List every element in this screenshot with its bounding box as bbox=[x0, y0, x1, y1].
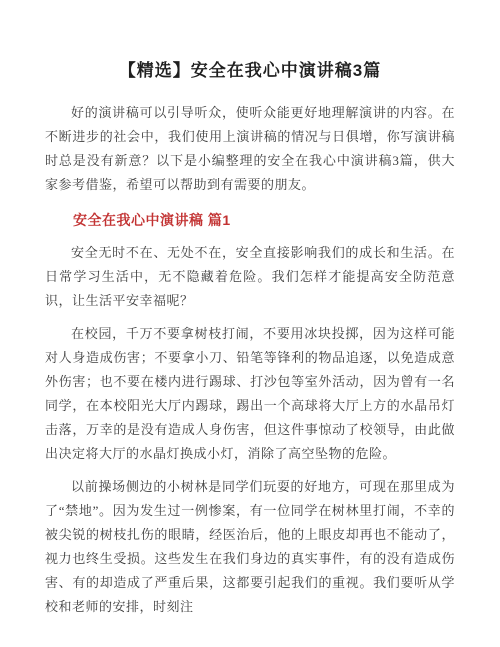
intro-paragraph: 好的演讲稿可以引导听众，使听众能更好地理解演讲的内容。在不断进步的社会中，我们使… bbox=[45, 101, 455, 197]
section-heading-part1: 安全在我心中演讲稿 篇1 bbox=[45, 210, 455, 230]
section1-paragraph-3: 以前操场侧边的小树林是同学们玩耍的好地方，可现在那里成为了“禁地”。因为发生过一… bbox=[45, 475, 455, 619]
document-page: 【精选】安全在我心中演讲稿3篇 好的演讲稿可以引导听众，使听众能更好地理解演讲的… bbox=[0, 0, 500, 647]
section1-paragraph-1: 安全无时不在、无处不在，安全直接影响我们的成长和生活。在日常学习生活中，无不隐藏… bbox=[45, 241, 455, 313]
document-title: 【精选】安全在我心中演讲稿3篇 bbox=[45, 58, 455, 84]
section1-paragraph-2: 在校园，千万不要拿树枝打闹，不要用冰块投掷，因为这样可能对人身造成伤害；不要拿小… bbox=[45, 322, 455, 466]
